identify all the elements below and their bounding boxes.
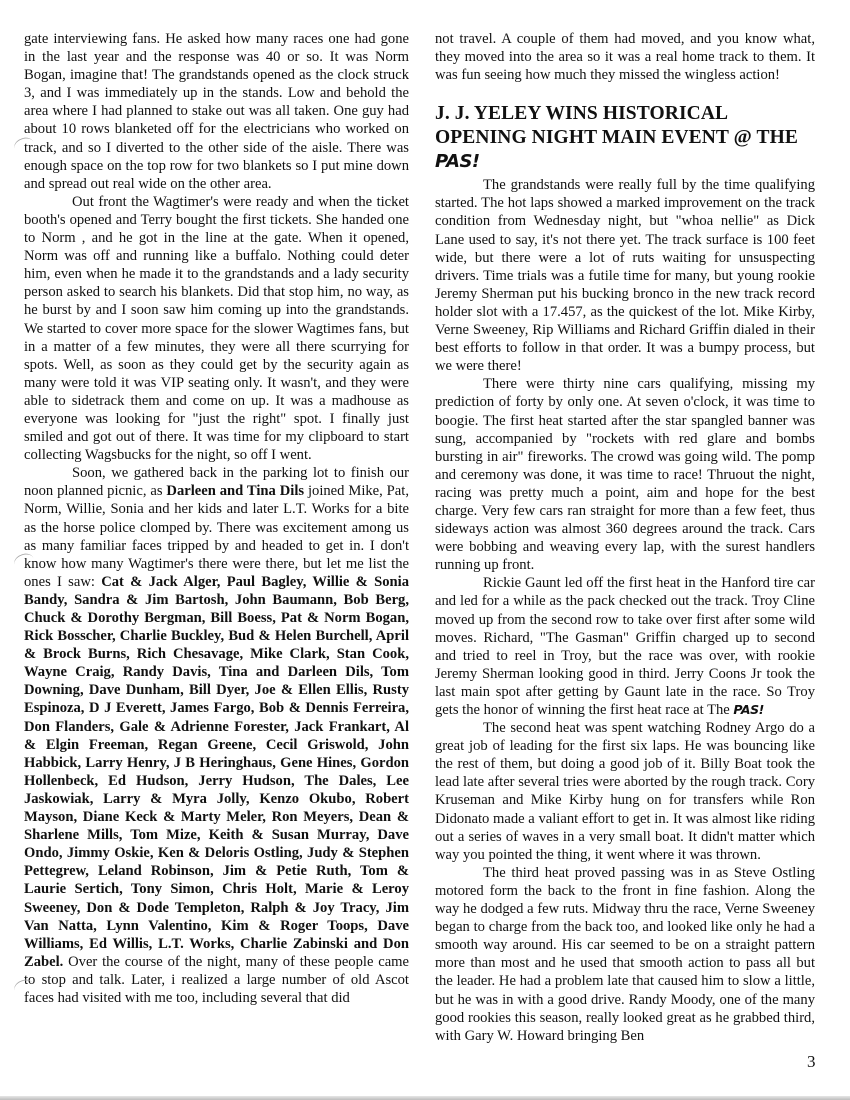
paragraph-first-heat: Rickie Gaunt led off the first heat in t… — [435, 574, 815, 719]
paragraph-parking-lot-picnic: Soon, we gathered back in the parking lo… — [24, 464, 409, 1007]
paragraph-qualifying: The grandstands were really full by the … — [435, 176, 815, 375]
left-column: gate interviewing fans. He asked how man… — [24, 30, 409, 1007]
page-bottom-edge — [0, 1096, 850, 1100]
paragraph-thirty-nine-cars: There were thirty nine cars qualifying, … — [435, 375, 815, 574]
pas-logo-inline: PAS! — [733, 702, 763, 717]
headline-text: J. J. YELEY WINS HISTORICAL OPENING NIGH… — [435, 103, 798, 148]
paragraph-continuation-wingless: not travel. A couple of them had moved, … — [435, 30, 815, 84]
picnic-closing-text: Over the course of the night, many of th… — [24, 954, 409, 1006]
right-column: not travel. A couple of them had moved, … — [435, 30, 815, 1045]
paragraph-wagtimers-ticket-booth: Out front the Wagtimer's were ready and … — [24, 193, 409, 464]
page-number: 3 — [807, 1052, 816, 1072]
paragraph-second-heat: The second heat was spent watching Rodne… — [435, 719, 815, 864]
article-headline: J. J. YELEY WINS HISTORICAL OPENING NIGH… — [435, 102, 815, 174]
paragraph-third-heat: The third heat proved passing was in as … — [435, 864, 815, 1045]
bold-names-dils: Darleen and Tina Dils — [166, 483, 304, 499]
first-heat-text: Rickie Gaunt led off the first heat in t… — [435, 575, 815, 718]
paragraph-fan-interviews: gate interviewing fans. He asked how man… — [24, 30, 409, 193]
pas-logo-headline: PAS! — [435, 151, 480, 172]
attendee-name-list: Cat & Jack Alger, Paul Bagley, Willie & … — [24, 574, 409, 970]
